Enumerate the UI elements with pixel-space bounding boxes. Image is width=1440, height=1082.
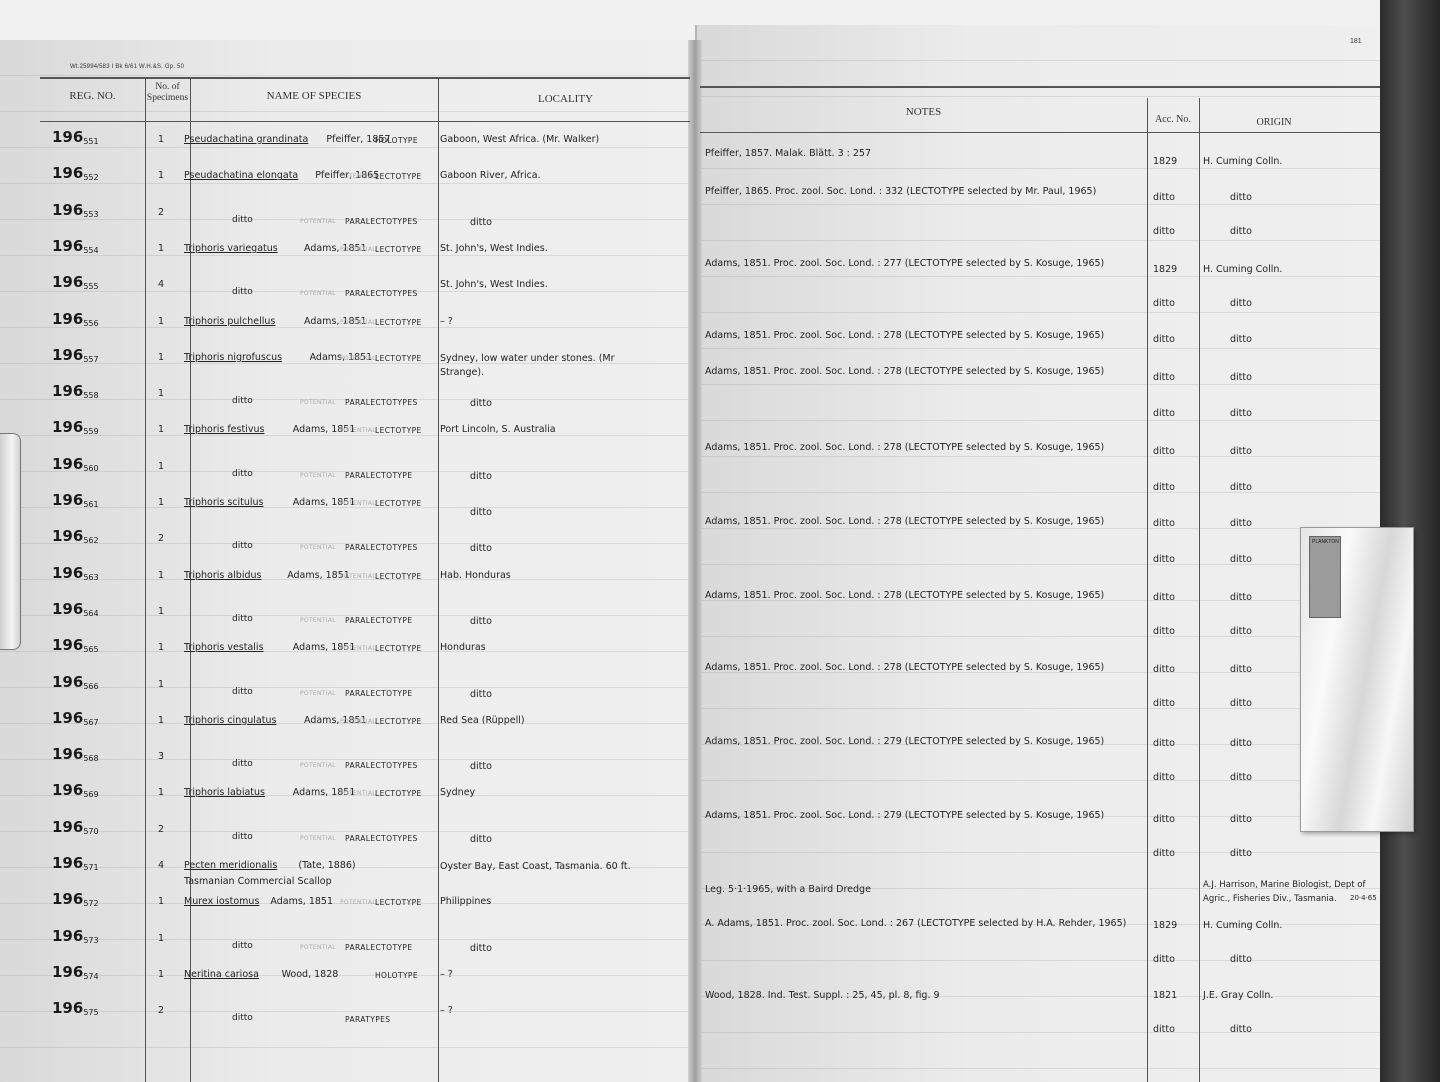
reg-suffix: 566 <box>83 682 98 691</box>
reg-suffix: 568 <box>83 754 98 763</box>
species-ditto: ditto <box>232 1013 253 1023</box>
accession-number: ditto <box>1153 334 1175 345</box>
reg-prefix: 196 <box>52 418 83 436</box>
reg-suffix: 553 <box>83 210 98 219</box>
header-locality: LOCALITY <box>438 93 693 105</box>
reg-prefix: 196 <box>52 491 83 509</box>
accession-number: 1821 <box>1153 990 1177 1001</box>
type-status: PARALECTOTYPE <box>345 943 412 952</box>
species-ditto: ditto <box>232 396 253 406</box>
potential-stamp: POTENTIAL <box>300 544 336 551</box>
potential-stamp: POTENTIAL <box>340 319 376 326</box>
type-status: PARALECTOTYPES <box>345 289 418 298</box>
locality: Oyster Bay, East Coast, Tasmania. 60 ft. <box>440 860 640 874</box>
origin: ditto <box>1230 298 1252 309</box>
species-name: Pseudachatina grandinata <box>184 134 308 145</box>
type-status: PARALECTOTYPE <box>345 471 412 480</box>
species-ditto: ditto <box>232 469 253 479</box>
type-status: PARALECTOTYPES <box>345 398 418 407</box>
reg-prefix: 196 <box>52 273 83 291</box>
species-ditto: ditto <box>232 614 253 624</box>
origin: ditto <box>1230 592 1252 603</box>
reg-prefix: 196 <box>52 673 83 691</box>
potential-stamp: POTENTIAL <box>340 573 376 580</box>
reg-number: 196571 <box>52 854 99 872</box>
specimen-count: 1 <box>158 787 164 798</box>
potential-stamp: POTENTIAL <box>300 944 336 951</box>
specimen-count: 4 <box>158 860 164 871</box>
locality: ditto <box>470 471 492 482</box>
specimen-count: 3 <box>158 751 164 762</box>
reg-number: 196565 <box>52 636 99 654</box>
notes-citation: Pfeiffer, 1865. Proc. zool. Soc. Lond. :… <box>705 186 1096 197</box>
accession-number: ditto <box>1153 814 1175 825</box>
type-status: PARALECTOTYPES <box>345 217 418 226</box>
reg-number: 196575 <box>52 999 99 1017</box>
potential-stamp: POTENTIAL <box>300 218 336 225</box>
header-name-of-species: NAME OF SPECIES <box>190 90 438 102</box>
origin: H. Cuming Colln. <box>1203 264 1282 275</box>
header-top-rule <box>40 77 690 79</box>
reg-number: 196568 <box>52 745 99 763</box>
notes-citation: A. Adams, 1851. Proc. zool. Soc. Lond. :… <box>705 918 1126 929</box>
species-name: Triphoris nigrofuscus <box>184 352 282 363</box>
species-ditto: ditto <box>232 541 253 551</box>
reg-suffix: 572 <box>83 899 98 908</box>
species-author: Wood, 1828 <box>282 969 339 980</box>
species-name: Pecten meridionalis <box>184 860 277 871</box>
accession-number: ditto <box>1153 192 1175 203</box>
reg-number: 196554 <box>52 237 99 255</box>
reg-suffix: 561 <box>83 500 98 509</box>
reg-suffix: 565 <box>83 645 98 654</box>
potential-stamp: POTENTIAL <box>300 835 336 842</box>
potential-stamp: POTENTIAL <box>340 173 376 180</box>
species-ditto: ditto <box>232 287 253 297</box>
reg-prefix: 196 <box>52 890 83 908</box>
species-name: Triphoris pulchellus <box>184 316 275 327</box>
species-name: Neritina cariosa <box>184 969 259 980</box>
specimen-count: 1 <box>158 933 164 944</box>
header-origin: ORIGIN <box>1199 117 1349 128</box>
accession-number: ditto <box>1153 298 1175 309</box>
accession-number: ditto <box>1153 848 1175 859</box>
reg-number: 196552 <box>52 164 99 182</box>
locality: St. John's, West Indies. <box>440 243 548 254</box>
species-author: Adams, 1851 <box>270 896 333 907</box>
column-divider <box>1147 98 1148 1082</box>
notes-citation: Adams, 1851. Proc. zool. Soc. Lond. : 27… <box>705 736 1104 747</box>
type-status: PARALECTOTYPES <box>345 543 418 552</box>
locality: Gaboon River, Africa. <box>440 170 541 181</box>
accession-number: ditto <box>1153 226 1175 237</box>
type-status: LECTOTYPE <box>375 789 422 798</box>
specimen-count: 1 <box>158 570 164 581</box>
potential-stamp: POTENTIAL <box>340 246 376 253</box>
origin: ditto <box>1230 192 1252 203</box>
reg-prefix: 196 <box>52 237 83 255</box>
accession-number: 1829 <box>1153 920 1177 931</box>
print-line: Wt.25994/583 I Bk 6/61 W.H.&S. Gp. 50 <box>70 64 184 70</box>
accession-number: ditto <box>1153 954 1175 965</box>
type-status: LECTOTYPE <box>375 644 422 653</box>
specimen-count: 1 <box>158 352 164 363</box>
reg-suffix: 557 <box>83 355 98 364</box>
origin: ditto <box>1230 664 1252 675</box>
accession-number: ditto <box>1153 664 1175 675</box>
notes-citation: Adams, 1851. Proc. zool. Soc. Lond. : 27… <box>705 810 1104 821</box>
accession-number: ditto <box>1153 592 1175 603</box>
species-ditto: ditto <box>232 941 253 951</box>
specimen-count: 2 <box>158 1005 164 1016</box>
type-status: LECTOTYPE <box>375 898 422 907</box>
origin: ditto <box>1230 408 1252 419</box>
reg-suffix: 559 <box>83 427 98 436</box>
accession-number: ditto <box>1153 446 1175 457</box>
slide-label: PLANKTON <box>1309 536 1341 618</box>
origin: H. Cuming Colln. <box>1203 920 1282 931</box>
header-reg-no: REG. NO. <box>40 90 145 102</box>
species-author: (Tate, 1886) <box>298 860 355 871</box>
type-status: LECTOTYPE <box>375 318 422 327</box>
reg-prefix: 196 <box>52 564 83 582</box>
reg-prefix: 196 <box>52 600 83 618</box>
reg-prefix: 196 <box>52 963 83 981</box>
header-acc-no: Acc. No. <box>1147 114 1199 125</box>
species-name: Triphoris festivus <box>184 424 264 435</box>
specimen-count: 2 <box>158 533 164 544</box>
reg-prefix: 196 <box>52 527 83 545</box>
common-name: Tasmanian Commercial Scallop <box>184 876 332 887</box>
header-bottom-rule <box>40 121 690 122</box>
specimen-count: 1 <box>158 170 164 181</box>
locality: Hab. Honduras <box>440 570 511 581</box>
species-name: Triphoris variegatus <box>184 243 278 254</box>
specimen-count: 1 <box>158 243 164 254</box>
origin: J.E. Gray Colln. <box>1203 990 1273 1001</box>
species-ditto: ditto <box>232 687 253 697</box>
reg-number: 196573 <box>52 927 99 945</box>
potential-stamp: POTENTIAL <box>340 355 376 362</box>
reg-number: 196564 <box>52 600 99 618</box>
locality: ditto <box>470 761 492 772</box>
accession-number: ditto <box>1153 408 1175 419</box>
header-notes: NOTES <box>700 106 1147 118</box>
reg-prefix: 196 <box>52 709 83 727</box>
specimen-count: 4 <box>158 279 164 290</box>
species-name: Triphoris albidus <box>184 570 261 581</box>
accession-number: ditto <box>1153 1024 1175 1035</box>
locality: – ? <box>440 316 453 327</box>
reg-prefix: 196 <box>52 310 83 328</box>
type-status: LECTOTYPE <box>375 717 422 726</box>
reg-number: 196569 <box>52 781 99 799</box>
reg-number: 196555 <box>52 273 99 291</box>
specimen-count: 1 <box>158 642 164 653</box>
reg-suffix: 552 <box>83 173 98 182</box>
locality: ditto <box>470 834 492 845</box>
reg-suffix: 571 <box>83 863 98 872</box>
type-status: PARATYPES <box>345 1015 390 1024</box>
type-status: PARALECTOTYPES <box>345 834 418 843</box>
type-status: PARALECTOTYPE <box>345 689 412 698</box>
potential-stamp: POTENTIAL <box>300 290 336 297</box>
accession-number: 1829 <box>1153 264 1177 275</box>
specimen-count: 1 <box>158 896 164 907</box>
locality: – ? <box>440 1005 453 1016</box>
origin: ditto <box>1230 226 1252 237</box>
header-no-of-specimens: No. of Specimens <box>145 82 190 104</box>
header-bottom-rule-right <box>700 132 1380 133</box>
reg-prefix: 196 <box>52 128 83 146</box>
specimen-count: 2 <box>158 824 164 835</box>
reg-number: 196556 <box>52 310 99 328</box>
reg-suffix: 551 <box>83 137 98 146</box>
locality: Red Sea (Rüppell) <box>440 715 525 726</box>
index-tab <box>0 433 21 650</box>
notes-citation: Adams, 1851. Proc. zool. Soc. Lond. : 27… <box>705 442 1104 453</box>
locality: Port Lincoln, S. Australia <box>440 424 556 435</box>
notes-citation: Pfeiffer, 1857. Malak. Blätt. 3 : 257 <box>705 148 871 159</box>
origin: ditto <box>1230 334 1252 345</box>
locality: ditto <box>470 217 492 228</box>
locality: St. John's, West Indies. <box>440 279 548 290</box>
species-ditto: ditto <box>232 759 253 769</box>
origin: ditto <box>1230 698 1252 709</box>
reg-prefix: 196 <box>52 745 83 763</box>
specimen-count: 1 <box>158 497 164 508</box>
specimen-count: 1 <box>158 461 164 472</box>
accession-number: 1829 <box>1153 156 1177 167</box>
species-name: Triphoris cingulatus <box>184 715 276 726</box>
reg-number: 196572 <box>52 890 99 908</box>
notes-citation: Adams, 1851. Proc. zool. Soc. Lond. : 27… <box>705 258 1104 269</box>
reg-prefix: 196 <box>52 382 83 400</box>
reg-suffix: 569 <box>83 790 98 799</box>
locality: Sydney <box>440 787 475 798</box>
locality: – ? <box>440 969 453 980</box>
notes-citation: Adams, 1851. Proc. zool. Soc. Lond. : 27… <box>705 330 1104 341</box>
species-ditto: ditto <box>232 215 253 225</box>
species-name: Triphoris scitulus <box>184 497 264 508</box>
accession-number: ditto <box>1153 738 1175 749</box>
locality: ditto <box>470 689 492 700</box>
specimen-count: 1 <box>158 715 164 726</box>
specimen-count: 1 <box>158 134 164 145</box>
book-gutter <box>688 40 702 1082</box>
reg-prefix: 196 <box>52 854 83 872</box>
origin: ditto <box>1230 1024 1252 1035</box>
potential-stamp: POTENTIAL <box>340 790 376 797</box>
reg-suffix: 562 <box>83 536 98 545</box>
reg-number: 196551 <box>52 128 99 146</box>
accession-number: ditto <box>1153 372 1175 383</box>
potential-stamp: POTENTIAL <box>300 472 336 479</box>
reg-prefix: 196 <box>52 781 83 799</box>
reg-suffix: 554 <box>83 246 98 255</box>
locality: Honduras <box>440 642 486 653</box>
reg-number: 196574 <box>52 963 99 981</box>
reg-prefix: 196 <box>52 636 83 654</box>
reg-suffix: 575 <box>83 1008 98 1017</box>
origin: ditto <box>1230 626 1252 637</box>
accession-number: ditto <box>1153 482 1175 493</box>
origin: ditto <box>1230 518 1252 529</box>
reg-prefix: 196 <box>52 346 83 364</box>
column-divider <box>438 78 439 1082</box>
reg-suffix: 560 <box>83 464 98 473</box>
reg-number: 196553 <box>52 201 99 219</box>
locality: Sydney, low water under stones. (Mr Stra… <box>440 352 640 380</box>
accession-number: ditto <box>1153 772 1175 783</box>
notes-citation: Wood, 1828. Ind. Test. Suppl. : 25, 45, … <box>705 990 940 1001</box>
reg-prefix: 196 <box>52 455 83 473</box>
reg-number: 196561 <box>52 491 99 509</box>
reg-suffix: 570 <box>83 827 98 836</box>
reg-suffix: 567 <box>83 718 98 727</box>
locality: ditto <box>470 543 492 554</box>
origin-date: 20·4·65 <box>1350 894 1377 902</box>
locality: ditto <box>470 616 492 627</box>
ledger-spread: Wt.25994/583 I Bk 6/61 W.H.&S. Gp. 50 18… <box>0 0 1440 1082</box>
potential-stamp: POTENTIAL <box>300 690 336 697</box>
reg-suffix: 558 <box>83 391 98 400</box>
reg-suffix: 563 <box>83 573 98 582</box>
locality: ditto <box>470 943 492 954</box>
specimen-count: 1 <box>158 388 164 399</box>
notes-citation: Leg. 5·1·1965, with a Baird Dredge <box>705 884 871 895</box>
reg-number: 196562 <box>52 527 99 545</box>
reg-prefix: 196 <box>52 927 83 945</box>
specimen-count: 1 <box>158 316 164 327</box>
specimen-count: 1 <box>158 679 164 690</box>
specimen-count: 1 <box>158 606 164 617</box>
type-status: LECTOTYPE <box>375 572 422 581</box>
reg-number: 196557 <box>52 346 99 364</box>
accession-number: ditto <box>1153 626 1175 637</box>
origin: H. Cuming Colln. <box>1203 156 1282 167</box>
locality: ditto <box>470 398 492 409</box>
species-ditto: ditto <box>232 832 253 842</box>
type-status: PARALECTOTYPE <box>345 616 412 625</box>
origin: ditto <box>1230 954 1252 965</box>
reg-prefix: 196 <box>52 164 83 182</box>
reg-suffix: 556 <box>83 319 98 328</box>
notes-citation: Adams, 1851. Proc. zool. Soc. Lond. : 27… <box>705 590 1104 601</box>
species-name: Triphoris labiatus <box>184 787 265 798</box>
column-divider <box>145 78 146 1082</box>
reg-number: 196559 <box>52 418 99 436</box>
header-top-rule-right <box>700 86 1380 88</box>
origin: ditto <box>1230 738 1252 749</box>
specimen-count: 2 <box>158 207 164 218</box>
reg-number: 196558 <box>52 382 99 400</box>
reg-number: 196570 <box>52 818 99 836</box>
species-name: Murex iostomus <box>184 896 259 907</box>
origin: ditto <box>1230 446 1252 457</box>
notes-citation: Adams, 1851. Proc. zool. Soc. Lond. : 27… <box>705 662 1104 673</box>
type-status: LECTOTYPE <box>375 426 422 435</box>
reg-number: 196560 <box>52 455 99 473</box>
origin: ditto <box>1230 772 1252 783</box>
reg-prefix: 196 <box>52 201 83 219</box>
page-number: 181 <box>1350 38 1362 45</box>
type-status: LECTOTYPE <box>375 245 422 254</box>
type-status: LECTOTYPE <box>375 354 422 363</box>
attached-specimen-slide: PLANKTON <box>1300 527 1414 832</box>
type-status: LECTOTYPE <box>375 499 422 508</box>
reg-number: 196566 <box>52 673 99 691</box>
reg-suffix: 573 <box>83 936 98 945</box>
type-status: HOLOTYPE <box>375 136 418 145</box>
origin: ditto <box>1230 482 1252 493</box>
column-divider <box>1199 98 1200 1082</box>
locality: ditto <box>470 507 492 518</box>
potential-stamp: POTENTIAL <box>340 645 376 652</box>
potential-stamp: POTENTIAL <box>300 762 336 769</box>
species-name: Pseudachatina elongata <box>184 170 298 181</box>
specimen-count: 1 <box>158 969 164 980</box>
potential-stamp: POTENTIAL <box>340 899 376 906</box>
reg-prefix: 196 <box>52 818 83 836</box>
accession-number: ditto <box>1153 698 1175 709</box>
reg-suffix: 555 <box>83 282 98 291</box>
origin: ditto <box>1230 814 1252 825</box>
accession-number: ditto <box>1153 518 1175 529</box>
potential-stamp: POTENTIAL <box>340 427 376 434</box>
type-status: HOLOTYPE <box>375 971 418 980</box>
type-status: LECTOTYPE <box>375 172 422 181</box>
origin: ditto <box>1230 372 1252 383</box>
specimen-count: 1 <box>158 424 164 435</box>
potential-stamp: POTENTIAL <box>340 718 376 725</box>
type-status: PARALECTOTYPES <box>345 761 418 770</box>
reg-prefix: 196 <box>52 999 83 1017</box>
left-page <box>0 40 695 1082</box>
potential-stamp: POTENTIAL <box>300 617 336 624</box>
reg-suffix: 574 <box>83 972 98 981</box>
notes-citation: Adams, 1851. Proc. zool. Soc. Lond. : 27… <box>705 366 1104 377</box>
reg-number: 196563 <box>52 564 99 582</box>
origin: ditto <box>1230 554 1252 565</box>
species-name: Triphoris vestalis <box>184 642 264 653</box>
potential-stamp: POTENTIAL <box>340 500 376 507</box>
potential-stamp: POTENTIAL <box>300 399 336 406</box>
accession-number: ditto <box>1153 554 1175 565</box>
reg-suffix: 564 <box>83 609 98 618</box>
locality: Philippines <box>440 896 491 907</box>
notes-citation: Adams, 1851. Proc. zool. Soc. Lond. : 27… <box>705 516 1104 527</box>
locality: Gaboon, West Africa. (Mr. Walker) <box>440 134 599 145</box>
origin: ditto <box>1230 848 1252 859</box>
reg-number: 196567 <box>52 709 99 727</box>
